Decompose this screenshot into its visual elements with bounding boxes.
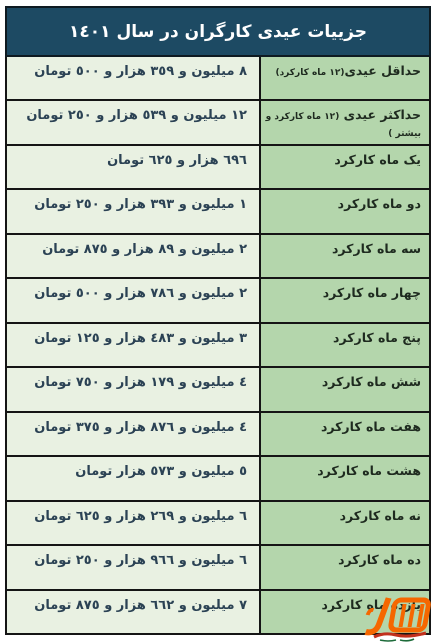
row-label-text: پنج ماه کارکرد <box>333 330 421 345</box>
row-value: ٣ میلیون و ٤٨٣ هزار و ١٢٥ تومان <box>7 324 259 366</box>
row-label-text: یک ماه کارکرد <box>334 152 421 167</box>
row-value: ٥ میلیون و ٥٧٣ هزار تومان <box>7 457 259 499</box>
row-label-text: هشت ماه کارکرد <box>317 463 421 478</box>
row-label-text: حداقل عیدی <box>344 63 421 78</box>
row-label-note: (١٢ ماه کارکرد) <box>275 68 344 78</box>
table-row: هفت ماه کارکرد ٤ میلیون و ٨٧٦ هزار و ٣٧٥… <box>7 411 429 455</box>
row-label: حداکثر عیدی (١٢ ماه کارکرد و بیشتر ) <box>259 101 429 143</box>
row-value: ٢ میلیون و ٧٨٦ هزار و ٥٠٠ تومان <box>7 279 259 321</box>
row-label-text: حداکثر عیدی <box>339 107 421 122</box>
page-title: جزییات عیدی کارگران در سال ١٤٠١ <box>5 6 431 57</box>
row-value: ٦ میلیون و ٢٦٩ هزار و ٦٢٥ تومان <box>7 502 259 544</box>
table-sheet: جزییات عیدی کارگران در سال ١٤٠١ حداقل عی… <box>5 6 431 635</box>
row-label: شش ماه کارکرد <box>259 368 429 410</box>
table-row: حداقل عیدی(١٢ ماه کارکرد) ٨ میلیون و ٣٥٩… <box>7 57 429 99</box>
row-value: ٢ میلیون و ٨٩ هزار و ٨٧٥ تومان <box>7 235 259 277</box>
row-label: دو ماه کارکرد <box>259 190 429 232</box>
row-value: ٧ میلیون و ٦٦٢ هزار و ٨٧٥ تومان <box>7 591 259 633</box>
row-label: سه ماه کارکرد <box>259 235 429 277</box>
eidi-table: حداقل عیدی(١٢ ماه کارکرد) ٨ میلیون و ٣٥٩… <box>5 57 431 635</box>
table-row: هشت ماه کارکرد ٥ میلیون و ٥٧٣ هزار تومان <box>7 455 429 499</box>
table-row: دو ماه کارکرد ١ میلیون و ٣٩٣ هزار و ٢٥٠ … <box>7 188 429 232</box>
table-row: ده ماه کارکرد ٦ میلیون و ٩٦٦ هزار و ٢٥٠ … <box>7 544 429 588</box>
row-label-text: چهار ماه کارکرد <box>323 285 421 300</box>
row-label-text: یازده ماه کارکرد <box>321 597 421 612</box>
table-row: یک ماه کارکرد ٦٩٦ هزار و ٦٢٥ تومان <box>7 144 429 188</box>
row-label: ده ماه کارکرد <box>259 546 429 588</box>
table-row: شش ماه کارکرد ٤ میلیون و ١٧٩ هزار و ٧٥٠ … <box>7 366 429 410</box>
table-row: نه ماه کارکرد ٦ میلیون و ٢٦٩ هزار و ٦٢٥ … <box>7 500 429 544</box>
row-label: هشت ماه کارکرد <box>259 457 429 499</box>
table-row: حداکثر عیدی (١٢ ماه کارکرد و بیشتر ) ١٢ … <box>7 99 429 143</box>
row-label: یازده ماه کارکرد <box>259 591 429 633</box>
row-label: هفت ماه کارکرد <box>259 413 429 455</box>
table-row: سه ماه کارکرد ٢ میلیون و ٨٩ هزار و ٨٧٥ ت… <box>7 233 429 277</box>
row-label: نه ماه کارکرد <box>259 502 429 544</box>
row-label: یک ماه کارکرد <box>259 146 429 188</box>
row-value: ٤ میلیون و ١٧٩ هزار و ٧٥٠ تومان <box>7 368 259 410</box>
row-label-text: ده ماه کارکرد <box>338 552 421 567</box>
row-label: پنج ماه کارکرد <box>259 324 429 366</box>
row-label: حداقل عیدی(١٢ ماه کارکرد) <box>259 57 429 99</box>
row-label-text: هفت ماه کارکرد <box>321 419 421 434</box>
row-value: ٦ میلیون و ٩٦٦ هزار و ٢٥٠ تومان <box>7 546 259 588</box>
row-value: ٤ میلیون و ٨٧٦ هزار و ٣٧٥ تومان <box>7 413 259 455</box>
row-label-text: نه ماه کارکرد <box>340 508 421 523</box>
table-row: پنج ماه کارکرد ٣ میلیون و ٤٨٣ هزار و ١٢٥… <box>7 322 429 366</box>
row-value: ٦٩٦ هزار و ٦٢٥ تومان <box>7 146 259 188</box>
row-label: چهار ماه کارکرد <box>259 279 429 321</box>
table-row: چهار ماه کارکرد ٢ میلیون و ٧٨٦ هزار و ٥٠… <box>7 277 429 321</box>
row-value: ١٢ میلیون و ٥٣٩ هزار و ٢٥٠ تومان <box>7 101 259 143</box>
row-value: ٨ میلیون و ٣٥٩ هزار و ٥٠٠ تومان <box>7 57 259 99</box>
row-label-text: سه ماه کارکرد <box>332 241 421 256</box>
eidi-infographic: جزییات عیدی کارگران در سال ١٤٠١ حداقل عی… <box>0 0 436 644</box>
row-value: ١ میلیون و ٣٩٣ هزار و ٢٥٠ تومان <box>7 190 259 232</box>
table-row: یازده ماه کارکرد ٧ میلیون و ٦٦٢ هزار و ٨… <box>7 589 429 633</box>
row-label-text: دو ماه کارکرد <box>338 196 421 211</box>
row-label-text: شش ماه کارکرد <box>322 374 421 389</box>
